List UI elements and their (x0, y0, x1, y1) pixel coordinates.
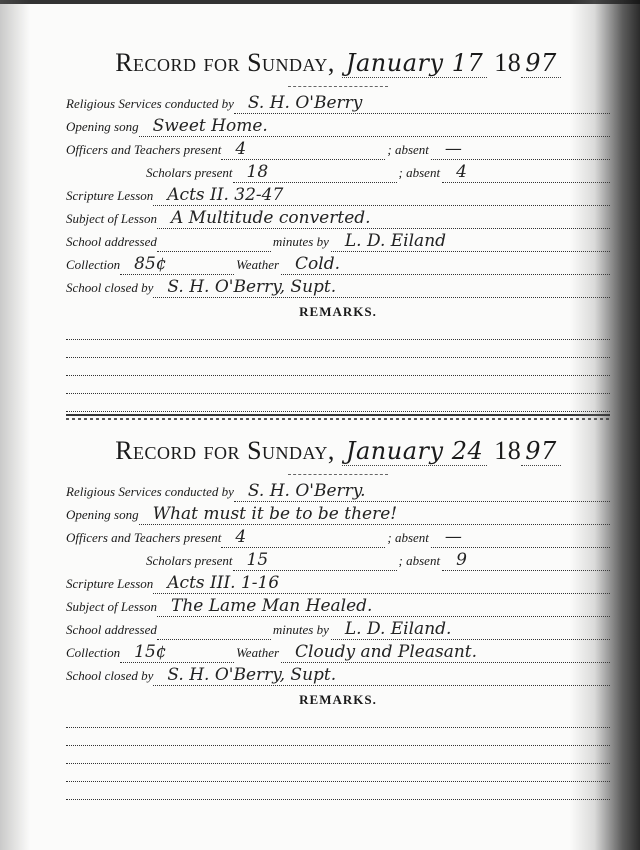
remarks-line[interactable] (66, 710, 610, 728)
title-prefix: Record for Sunday, (115, 436, 335, 465)
conducted-by-label: Religious Services conducted by (66, 96, 234, 114)
closed-by-label: School closed by (66, 668, 153, 686)
collection-label: Collection (66, 645, 120, 663)
addressed-label: School addressed (66, 234, 157, 252)
collection-label: Collection (66, 257, 120, 275)
title-year-prefix: 18 (494, 48, 521, 77)
officers-row: Officers and Teachers present 4 ; absent… (66, 137, 610, 160)
remarks-line[interactable] (66, 394, 610, 412)
scripture-label: Scripture Lesson (66, 188, 153, 206)
conducted-by-row: Religious Services conducted by S. H. O'… (66, 479, 610, 502)
officers-present-label: Officers and Teachers present (66, 530, 221, 548)
scholars-absent-label: ; absent (397, 553, 443, 571)
scholars-row: Scholars present 15 ; absent 9 (66, 548, 610, 571)
record-section-1: Record for Sunday, January 17 1897 Relig… (66, 48, 610, 422)
scholars-absent-field[interactable]: 9 (442, 550, 610, 571)
conducted-by-label: Religious Services conducted by (66, 484, 234, 502)
minutes-field[interactable]: L. D. Eiland. (331, 619, 610, 640)
title-date: January 24 (342, 437, 487, 466)
subject-field[interactable]: The Lame Man Healed. (157, 596, 610, 617)
title-year-suffix: 97 (521, 437, 561, 466)
scan-shadow-left (0, 0, 30, 850)
minutes-label: minutes by (271, 234, 331, 252)
record-section-2: Record for Sunday, January 24 1897 Relig… (66, 436, 610, 800)
officers-absent-label: ; absent (385, 142, 431, 160)
subject-row: Subject of Lesson The Lame Man Healed. (66, 594, 610, 617)
conducted-by-row: Religious Services conducted by S. H. O'… (66, 91, 610, 114)
remarks-line[interactable] (66, 764, 610, 782)
officers-absent-field[interactable]: — (431, 139, 610, 160)
scholars-row: Scholars present 18 ; absent 4 (66, 160, 610, 183)
addressed-field[interactable] (157, 619, 271, 640)
opening-song-label: Opening song (66, 507, 139, 525)
remarks-heading: REMARKS. (66, 692, 610, 710)
officers-absent-field[interactable]: — (431, 527, 610, 548)
collection-field[interactable]: 15¢ (120, 642, 234, 663)
subject-field[interactable]: A Multitude converted. (157, 208, 610, 229)
addressed-row: School addressed minutes by L. D. Eiland (66, 229, 610, 252)
remarks-line[interactable] (66, 358, 610, 376)
opening-song-field[interactable]: Sweet Home. (139, 116, 610, 137)
opening-song-label: Opening song (66, 119, 139, 137)
closed-by-field[interactable]: S. H. O'Berry, Supt. (153, 277, 610, 298)
addressed-row: School addressed minutes by L. D. Eiland… (66, 617, 610, 640)
title-year-prefix: 18 (494, 436, 521, 465)
remarks-line[interactable] (66, 746, 610, 764)
subject-label: Subject of Lesson (66, 211, 157, 229)
remarks-line[interactable] (66, 782, 610, 800)
scholars-absent-field[interactable]: 4 (442, 162, 610, 183)
remarks-line[interactable] (66, 322, 610, 340)
weather-field[interactable]: Cloudy and Pleasant. (281, 642, 610, 663)
remarks-line[interactable] (66, 376, 610, 394)
collection-field[interactable]: 85¢ (120, 254, 234, 275)
collection-row: Collection 85¢ Weather Cold. (66, 252, 610, 275)
scholars-present-label: Scholars present (146, 165, 233, 183)
conducted-by-field[interactable]: S. H. O'Berry (234, 93, 610, 114)
scholars-absent-label: ; absent (397, 165, 443, 183)
section-divider (66, 414, 610, 422)
scripture-row: Scripture Lesson Acts III. 1-16 (66, 571, 610, 594)
scholars-present-field[interactable]: 18 (233, 162, 397, 183)
officers-present-label: Officers and Teachers present (66, 142, 221, 160)
scripture-field[interactable]: Acts II. 32-47 (153, 185, 610, 206)
opening-song-row: Opening song What must it be to be there… (66, 502, 610, 525)
officers-present-field[interactable]: 4 (221, 139, 385, 160)
scan-border-top (0, 0, 640, 4)
subject-row: Subject of Lesson A Multitude converted. (66, 206, 610, 229)
conducted-by-field[interactable]: S. H. O'Berry. (234, 481, 610, 502)
weather-label: Weather (234, 257, 281, 275)
scripture-field[interactable]: Acts III. 1-16 (153, 573, 610, 594)
minutes-field[interactable]: L. D. Eiland (331, 231, 610, 252)
title-date: January 17 (342, 49, 487, 78)
opening-song-field[interactable]: What must it be to be there! (139, 504, 610, 525)
remarks-heading: REMARKS. (66, 304, 610, 322)
minutes-label: minutes by (271, 622, 331, 640)
scripture-row: Scripture Lesson Acts II. 32-47 (66, 183, 610, 206)
closed-by-label: School closed by (66, 280, 153, 298)
title-year-suffix: 97 (521, 49, 561, 78)
record-title: Record for Sunday, January 17 1897 (66, 48, 610, 88)
addressed-field[interactable] (157, 231, 271, 252)
remarks-line[interactable] (66, 728, 610, 746)
title-prefix: Record for Sunday, (115, 48, 335, 77)
officers-row: Officers and Teachers present 4 ; absent… (66, 525, 610, 548)
officers-present-field[interactable]: 4 (221, 527, 385, 548)
weather-label: Weather (234, 645, 281, 663)
scholars-present-field[interactable]: 15 (233, 550, 397, 571)
opening-song-row: Opening song Sweet Home. (66, 114, 610, 137)
officers-absent-label: ; absent (385, 530, 431, 548)
closed-by-row: School closed by S. H. O'Berry, Supt. (66, 663, 610, 686)
addressed-label: School addressed (66, 622, 157, 640)
remarks-line[interactable] (66, 340, 610, 358)
subject-label: Subject of Lesson (66, 599, 157, 617)
closed-by-row: School closed by S. H. O'Berry, Supt. (66, 275, 610, 298)
scholars-present-label: Scholars present (146, 553, 233, 571)
record-title: Record for Sunday, January 24 1897 (66, 436, 610, 476)
weather-field[interactable]: Cold. (281, 254, 610, 275)
scripture-label: Scripture Lesson (66, 576, 153, 594)
closed-by-field[interactable]: S. H. O'Berry, Supt. (153, 665, 610, 686)
collection-row: Collection 15¢ Weather Cloudy and Pleasa… (66, 640, 610, 663)
